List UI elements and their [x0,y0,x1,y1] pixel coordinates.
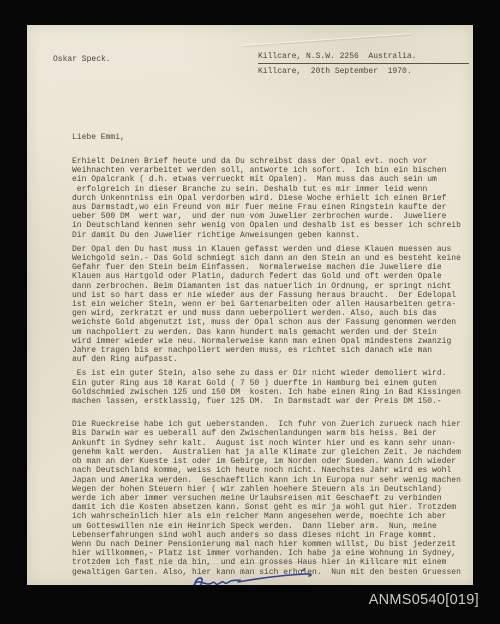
salutation: Liebe Emmi, [72,133,125,142]
paragraph-opal-setting-advice: Der Opal den Du hast muss in Klauen gefa… [72,245,472,365]
sender-name: Oskar Speck. [53,55,111,64]
scanned-letter-page: Oskar Speck. Killcare, N.S.W. 2256 Austr… [0,0,500,624]
catalog-number: ANMS0540[019] [369,592,479,608]
paragraph-ring-prices: Es ist ein guter Stein, also sehe zu das… [72,369,472,406]
paragraph-return-trip-news: Die Rueckreise habe ich gut ueberstanden… [72,420,472,576]
paper-crease [242,33,412,46]
letter-paper: Oskar Speck. Killcare, N.S.W. 2256 Austr… [27,25,473,585]
date-line: Killcare, 20th September 1970. [258,67,469,76]
address-line: Killcare, N.S.W. 2256 Australia. [258,52,469,64]
closing-row: an alle, Dein Bruder [72,582,472,585]
handwritten-signature-icon [180,568,330,585]
paragraph-opal-jeweller-warning: Erhielt Deinen Brief heute und da Du sch… [72,157,472,240]
letter-body: Erhielt Deinen Brief heute und da Du sch… [72,157,472,585]
address-block: Killcare, N.S.W. 2256 Australia. Killcar… [258,52,469,76]
